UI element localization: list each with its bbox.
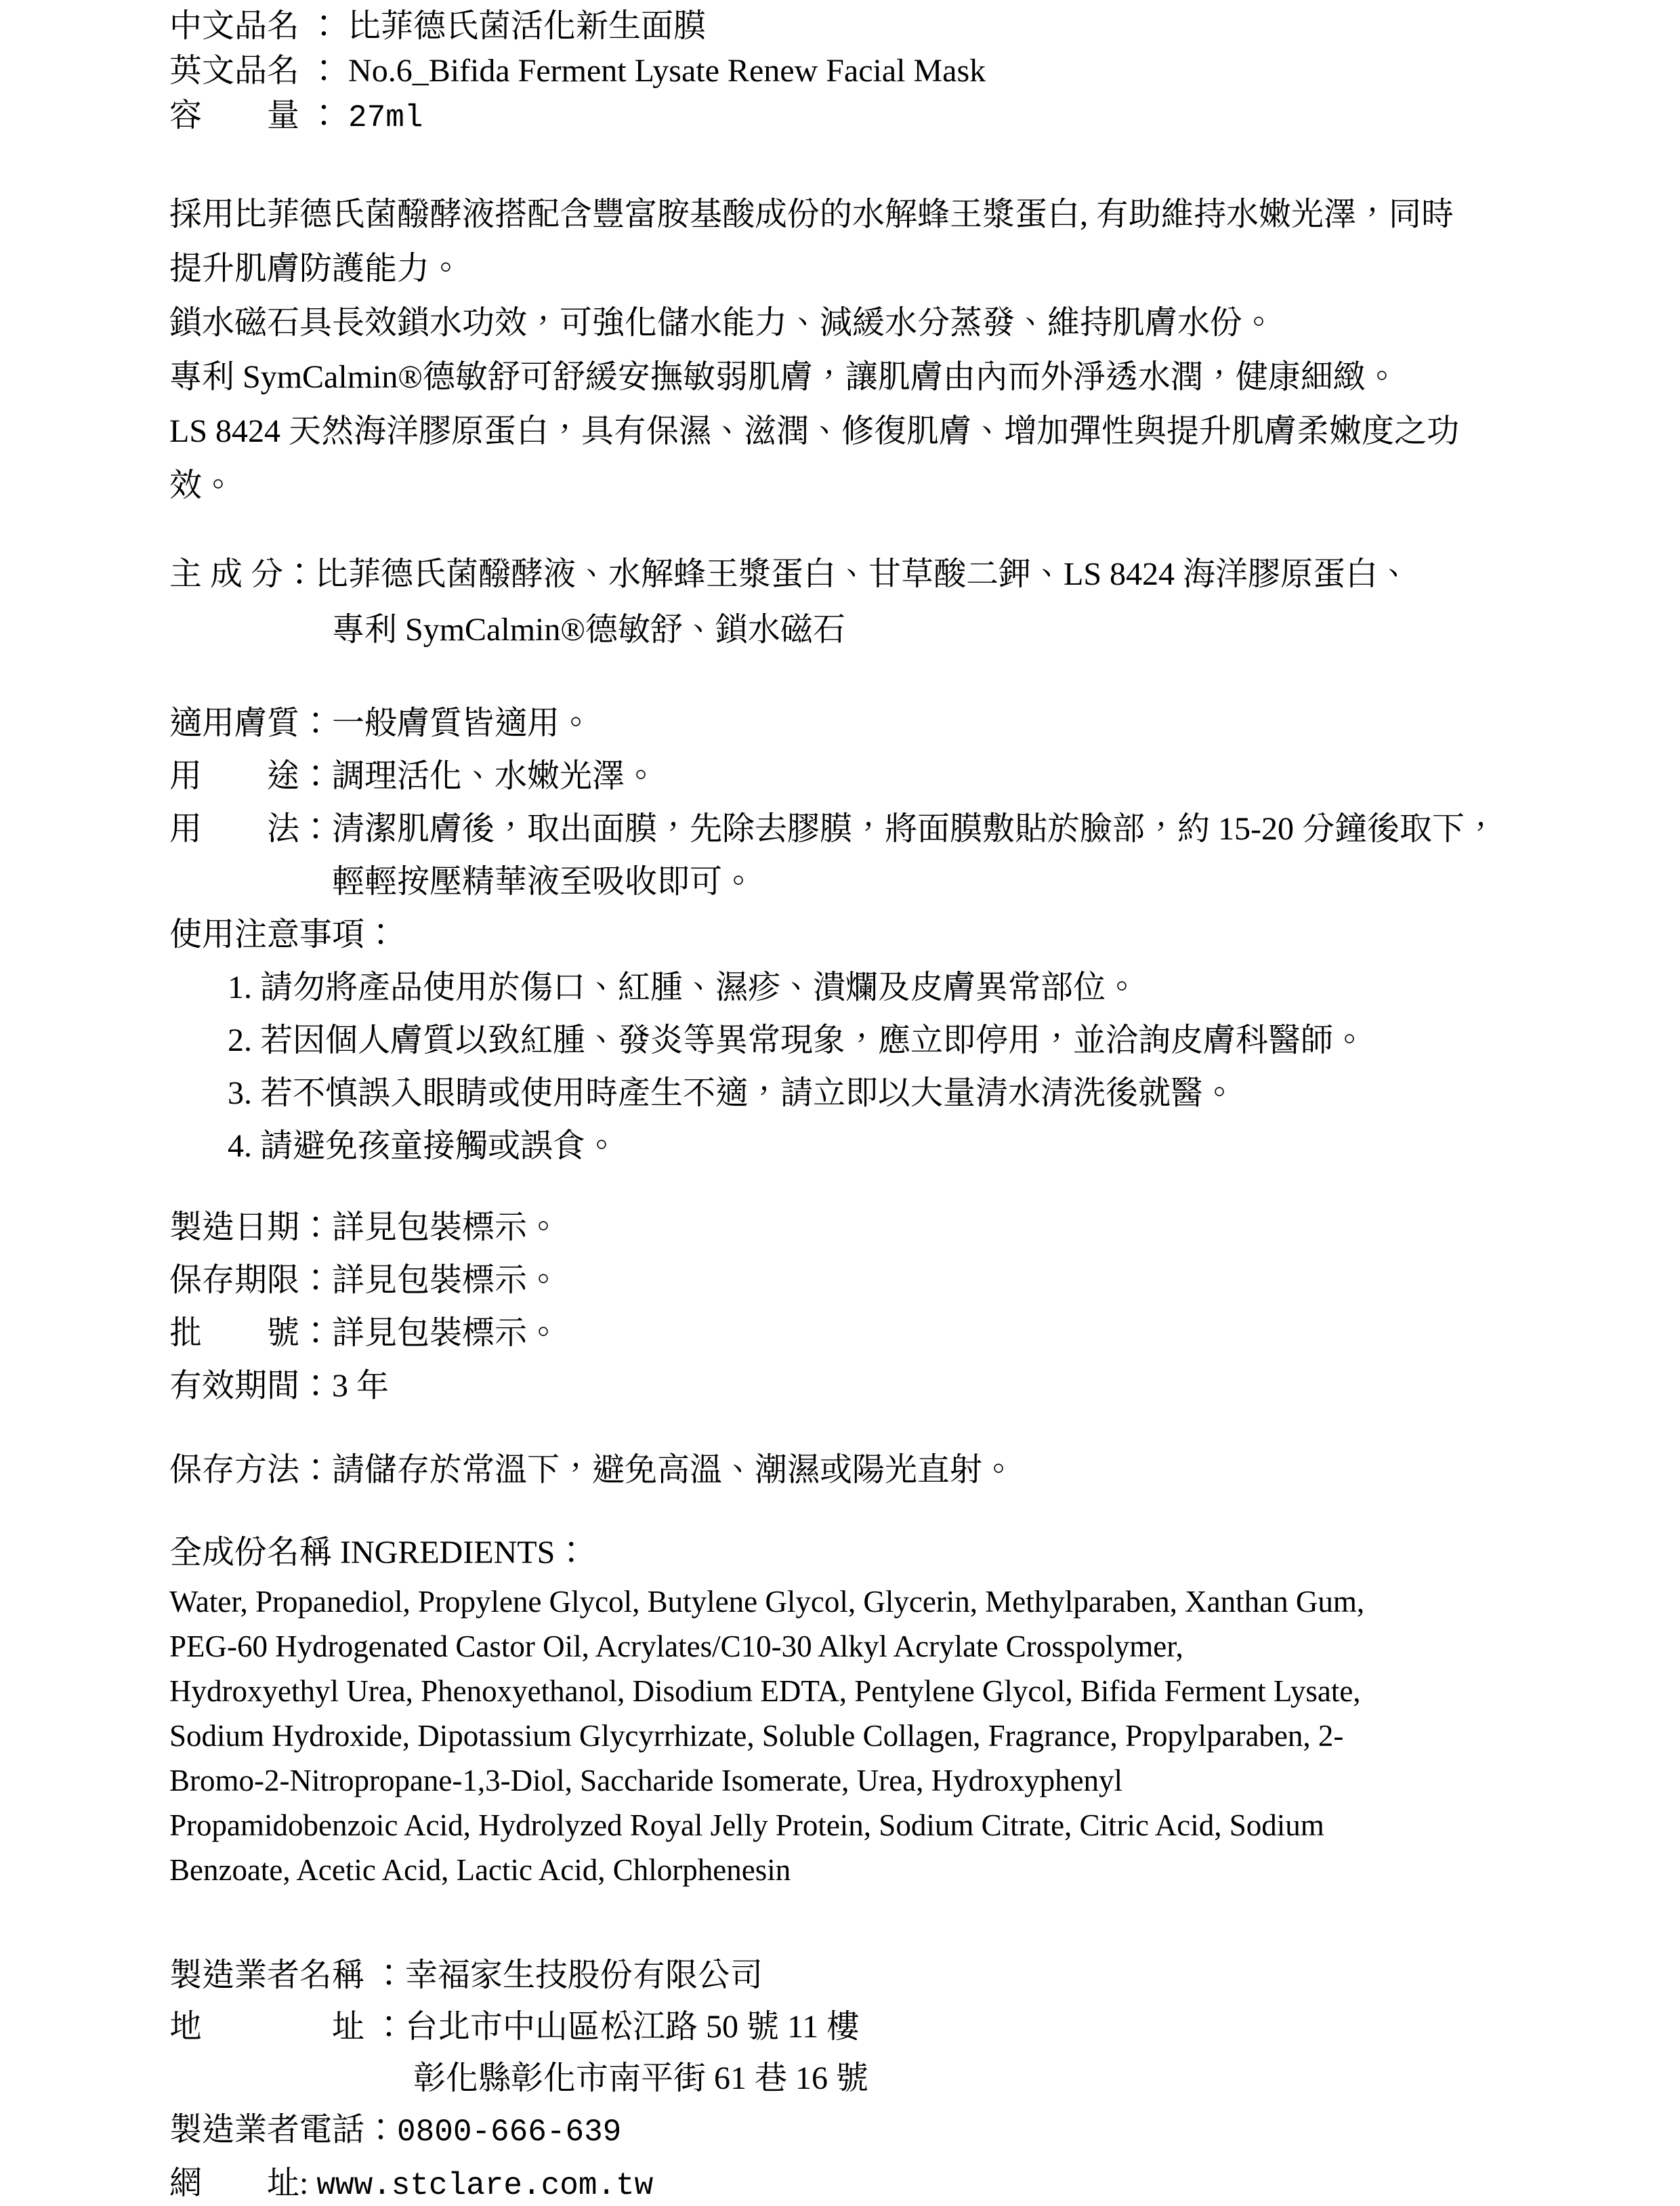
description-line: 採用比菲德氏菌醱酵液搭配含豐富胺基酸成份的水解蜂王漿蛋白, 有助維持水嫩光澤，同… (169, 188, 1565, 242)
row-manufacturer-address-line2: 彰化縣彰化市南平街 61 巷 16 號 (413, 2053, 1565, 2104)
usage-section: 適用膚質：一般膚質皆適用。 用 途：調理活化、水嫩光澤。 用 法：清潔肌膚後，取… (169, 697, 1565, 1173)
precaution-number: 3. (228, 1075, 252, 1111)
row-manufacturer-phone: 製造業者電話：0800-666-639 (169, 2104, 1565, 2158)
field-label-manufacturer-website: 網 址 (169, 2165, 299, 2201)
field-label-skin-type: 適用膚質 (169, 705, 299, 741)
precaution-item: 1.請勿將產品使用於傷口、紅腫、濕疹、潰爛及皮膚異常部位。 (228, 961, 1565, 1014)
row-main-ingredients-continued: 專利 SymCalmin®德敏舒、鎖水磁石 (332, 602, 1565, 658)
field-value-batch-number: 詳見包裝標示。 (332, 1315, 560, 1351)
ingredients-line: Bromo-2-Nitropropane-1,3-Diol, Saccharid… (169, 1758, 1565, 1803)
field-value-manufacturer-name: 幸福家生技股份有限公司 (405, 1957, 763, 1993)
row-batch-number: 批 號：詳見包裝標示。 (169, 1307, 1565, 1360)
precaution-text: 請避免孩童接觸或誤食。 (260, 1128, 618, 1164)
row-manufacture-date: 製造日期：詳見包裝標示。 (169, 1201, 1565, 1254)
colon-separator: ： (364, 1957, 405, 1993)
product-spec-document: 中文品名 ： 比菲德氏菌活化新生面膜 英文品名 ： No.6_Bifida Fe… (0, 0, 1680, 2206)
field-label-storage-method: 保存方法 (169, 1452, 299, 1488)
field-value-main-ingredients: 比菲德氏菌醱酵液、水解蜂王漿蛋白、甘草酸二鉀、LS 8424 海洋膠原蛋白、 (316, 556, 1410, 592)
row-skin-type: 適用膚質：一般膚質皆適用。 (169, 697, 1565, 750)
description-line: 專利 SymCalmin®德敏舒可舒緩安撫敏弱肌膚，讓肌膚由內而外淨透水潤，健康… (169, 350, 1565, 404)
colon-separator: ： (283, 556, 316, 592)
date-info-section: 製造日期：詳見包裝標示。 保存期限：詳見包裝標示。 批 號：詳見包裝標示。 有效… (169, 1201, 1565, 1413)
row-storage-method: 保存方法：請儲存於常溫下，避免高溫、潮濕或陽光直射。 (169, 1444, 1565, 1497)
field-label-manufacture-date: 製造日期 (169, 1209, 299, 1245)
field-label-batch-number: 批 號 (169, 1315, 299, 1351)
field-label-manufacturer-phone: 製造業者電話 (169, 2112, 364, 2148)
field-label-purpose: 用 途 (169, 758, 299, 794)
row-chinese-name: 中文品名 ： 比菲德氏菌活化新生面膜 (169, 4, 1565, 49)
precaution-item: 3.若不慎誤入眼睛或使用時產生不適，請立即以大量清水清洗後就醫。 (228, 1067, 1565, 1120)
row-main-ingredients: 主 成 分：比菲德氏菌醱酵液、水解蜂王漿蛋白、甘草酸二鉀、LS 8424 海洋膠… (169, 547, 1565, 602)
manufacturer-section: 製造業者名稱 ：幸福家生技股份有限公司 地 址 ：台北市中山區松江路 50 號 … (169, 1950, 1565, 2206)
row-purpose: 用 途：調理活化、水嫩光澤。 (169, 750, 1565, 803)
precaution-number: 4. (228, 1128, 252, 1164)
field-value-validity-period: 3 年 (332, 1368, 389, 1404)
field-value-shelf-life: 詳見包裝標示。 (332, 1262, 560, 1298)
field-label-english-name: 英文品名 (169, 53, 299, 89)
field-label-shelf-life: 保存期限 (169, 1262, 299, 1298)
row-english-name: 英文品名 ： No.6_Bifida Ferment Lysate Renew … (169, 49, 1565, 93)
row-volume: 容 量 ： 27ml (169, 93, 1565, 140)
colon-separator: ： (299, 98, 348, 133)
precautions-heading: 使用注意事項： (169, 909, 1565, 961)
precaution-text: 若不慎誤入眼睛或使用時產生不適，請立即以大量清水清洗後就醫。 (260, 1075, 1236, 1111)
precaution-text: 請勿將產品使用於傷口、紅腫、濕疹、潰爛及皮膚異常部位。 (260, 970, 1138, 1005)
field-value-directions: 清潔肌膚後，取出面膜，先除去膠膜，將面膜敷貼於臉部，約 15-20 分鐘後取下， (332, 811, 1497, 847)
field-value-skin-type: 一般膚質皆適用。 (332, 705, 592, 741)
row-manufacturer-website: 網 址: www.stclare.com.tw (169, 2158, 1565, 2206)
field-value-volume: 27ml (348, 100, 423, 136)
field-label-volume: 容 量 (169, 98, 299, 133)
colon-separator: ： (299, 53, 348, 89)
field-value-manufacturer-website: www.stclare.com.tw (316, 2168, 653, 2203)
description-line: LS 8424 天然海洋膠原蛋白，具有保濕、滋潤、修復肌膚、增加彈性與提升肌膚柔… (169, 404, 1565, 459)
row-shelf-life: 保存期限：詳見包裝標示。 (169, 1254, 1565, 1307)
field-label-directions: 用 法 (169, 811, 299, 847)
field-value-manufacturer-phone: 0800-666-639 (397, 2115, 621, 2150)
colon-separator: ： (299, 811, 332, 847)
field-value-manufacture-date: 詳見包裝標示。 (332, 1209, 560, 1245)
row-directions: 用 法：清潔肌膚後，取出面膜，先除去膠膜，將面膜敷貼於臉部，約 15-20 分鐘… (169, 803, 1565, 856)
colon-separator: ： (299, 1315, 332, 1351)
precaution-text: 若因個人膚質以致紅腫、發炎等異常現象，應立即停用，並洽詢皮膚科醫師。 (260, 1022, 1366, 1058)
colon-separator: ： (299, 1452, 332, 1488)
colon-separator: ： (299, 1262, 332, 1298)
colon-separator: : (299, 2165, 316, 2201)
ingredients-line: Propamidobenzoic Acid, Hydrolyzed Royal … (169, 1803, 1565, 1848)
ingredients-line: Benzoate, Acetic Acid, Lactic Acid, Chlo… (169, 1848, 1565, 1892)
colon-separator: ： (364, 2009, 405, 2045)
description-line: 鎖水磁石具長效鎖水功效，可強化儲水能力、減緩水分蒸發、維持肌膚水份。 (169, 296, 1565, 350)
ingredients-line: PEG-60 Hydrogenated Castor Oil, Acrylate… (169, 1624, 1565, 1669)
description-line: 提升肌膚防護能力。 (169, 242, 1565, 296)
colon-separator: ： (299, 8, 348, 44)
full-ingredients-section: 全成份名稱 INGREDIENTS： Water, Propanediol, P… (169, 1526, 1565, 1892)
row-validity-period: 有效期間：3 年 (169, 1360, 1565, 1413)
description-section: 採用比菲德氏菌醱酵液搭配含豐富胺基酸成份的水解蜂王漿蛋白, 有助維持水嫩光澤，同… (169, 188, 1565, 513)
row-manufacturer-name: 製造業者名稱 ：幸福家生技股份有限公司 (169, 1950, 1565, 2001)
field-value-english-name: No.6_Bifida Ferment Lysate Renew Facial … (348, 53, 986, 89)
storage-section: 保存方法：請儲存於常溫下，避免高溫、潮濕或陽光直射。 (169, 1444, 1565, 1497)
row-directions-continued: 輕輕按壓精華液至吸收即可。 (332, 856, 1565, 909)
precaution-item: 2.若因個人膚質以致紅腫、發炎等異常現象，應立即停用，並洽詢皮膚科醫師。 (228, 1014, 1565, 1067)
colon-separator: ： (299, 705, 332, 741)
ingredients-line: Hydroxyethyl Urea, Phenoxyethanol, Disod… (169, 1669, 1565, 1713)
colon-separator: ： (299, 1368, 332, 1404)
field-label-validity-period: 有效期間 (169, 1368, 299, 1404)
precaution-item: 4.請避免孩童接觸或誤食。 (228, 1120, 1565, 1173)
field-label-manufacturer-name: 製造業者名稱 (169, 1957, 364, 1993)
field-value-storage-method: 請儲存於常溫下，避免高溫、潮濕或陽光直射。 (332, 1452, 1015, 1488)
colon-separator: ： (364, 2112, 397, 2148)
description-line: 效。 (169, 459, 1565, 513)
main-ingredients-section: 主 成 分：比菲德氏菌醱酵液、水解蜂王漿蛋白、甘草酸二鉀、LS 8424 海洋膠… (169, 547, 1565, 658)
colon-separator: ： (299, 1209, 332, 1245)
field-label-main-ingredients: 主 成 分 (169, 556, 283, 592)
precaution-number: 2. (228, 1022, 252, 1058)
ingredients-line: Sodium Hydroxide, Dipotassium Glycyrrhiz… (169, 1713, 1565, 1758)
field-value-manufacturer-address: 台北市中山區松江路 50 號 11 樓 (405, 2009, 859, 2045)
colon-separator: ： (299, 758, 332, 794)
field-label-chinese-name: 中文品名 (169, 8, 299, 44)
product-names-section: 中文品名 ： 比菲德氏菌活化新生面膜 英文品名 ： No.6_Bifida Fe… (169, 4, 1565, 140)
full-ingredients-heading: 全成份名稱 INGREDIENTS： (169, 1526, 1565, 1579)
precaution-number: 1. (228, 970, 252, 1005)
field-label-manufacturer-address: 地 址 (169, 2009, 364, 2045)
ingredients-line: Water, Propanediol, Propylene Glycol, Bu… (169, 1579, 1565, 1624)
row-manufacturer-address: 地 址 ：台北市中山區松江路 50 號 11 樓 (169, 2001, 1565, 2053)
field-value-purpose: 調理活化、水嫩光澤。 (332, 758, 657, 794)
field-value-chinese-name: 比菲德氏菌活化新生面膜 (348, 8, 706, 44)
